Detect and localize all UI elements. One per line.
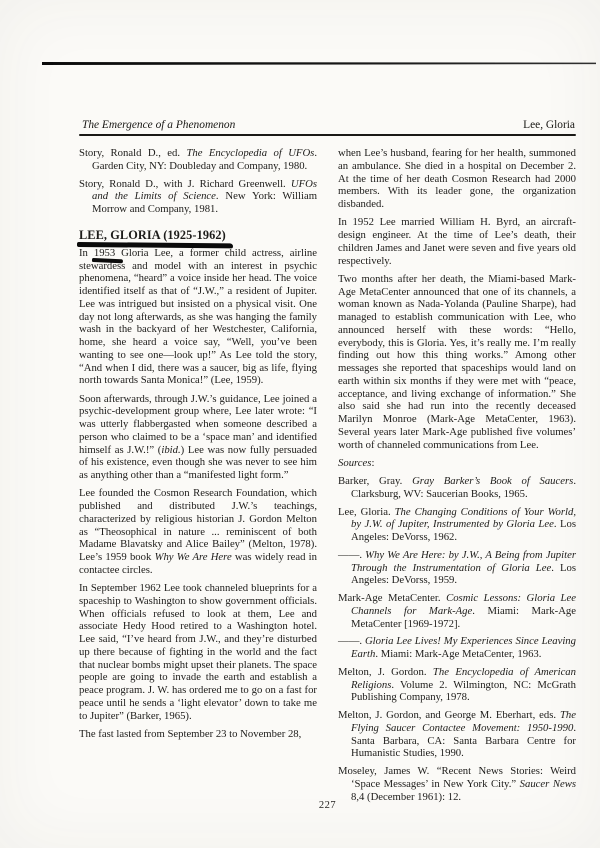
text-segment: Melton, J. Gordon. bbox=[338, 666, 433, 678]
source-entry: ——. Why We Are Here: by J.W., A Being fr… bbox=[338, 549, 576, 587]
running-header-rule bbox=[79, 134, 576, 136]
text-segment: Why We Are Here bbox=[155, 551, 232, 563]
text-segment: In September 1962 Lee took channeled blu… bbox=[79, 582, 317, 722]
body-paragraph: In 1952 Lee married William H. Byrd, an … bbox=[338, 216, 576, 267]
source-entry: Mark-Age MetaCenter. Cosmic Lessons: Glo… bbox=[338, 592, 576, 630]
body-paragraph: The fast lasted from September 23 to Nov… bbox=[79, 728, 317, 741]
page-top-scan-rule bbox=[42, 62, 596, 65]
bibliography-entry: Story, Ronald D., with J. Richard Greenw… bbox=[79, 178, 317, 216]
source-entry: Barker, Gray. Gray Barker’s Book of Sauc… bbox=[338, 475, 576, 501]
text-segment: Story, Ronald D., with J. Richard Greenw… bbox=[79, 178, 291, 190]
entry-heading-text: LEE, GLORIA (1925-1962) bbox=[79, 228, 226, 242]
text-segment: Mark-Age MetaCenter. bbox=[338, 592, 446, 604]
body-paragraph: In September 1962 Lee took channeled blu… bbox=[79, 582, 317, 722]
source-entry: Lee, Gloria. The Changing Conditions of … bbox=[338, 506, 576, 544]
left-column: Story, Ronald D., ed. The Encyclopedia o… bbox=[79, 147, 317, 808]
text-segment: Saucer News bbox=[520, 778, 576, 790]
running-header-section-title: The Emergence of a Phenomenon bbox=[82, 119, 235, 131]
text-segment: Gloria Lee, a former child actress, airl… bbox=[79, 247, 317, 387]
text-segment: Story, Ronald D., ed. bbox=[79, 147, 186, 159]
body-paragraph: Lee founded the Cosmon Research Foundati… bbox=[79, 487, 317, 576]
sources-list: Barker, Gray. Gray Barker’s Book of Sauc… bbox=[338, 475, 576, 803]
text-segment: The Encyclopedia of UFOs bbox=[186, 147, 314, 159]
source-entry: Melton, J. Gordon, and George M. Eberhar… bbox=[338, 709, 576, 760]
page-content: The Emergence of a Phenomenon Lee, Glori… bbox=[79, 119, 576, 808]
body-paragraph: Soon afterwards, through J.W.’s guidance… bbox=[79, 393, 317, 482]
right-column: when Lee’s husband, fearing for her heal… bbox=[338, 147, 576, 808]
page-number: 227 bbox=[79, 800, 576, 811]
text-segment: In 1952 Lee married William H. Byrd, an … bbox=[338, 216, 576, 266]
body-paragraph: when Lee’s husband, fearing for her heal… bbox=[338, 147, 576, 211]
text-segment: when Lee’s husband, fearing for her heal… bbox=[338, 147, 576, 210]
pen-underline-annotated-text: 1953 bbox=[94, 247, 115, 259]
text-segment: ——. bbox=[338, 635, 365, 647]
text-segment: . Miami: Mark-Age MetaCenter, 1963. bbox=[375, 648, 541, 660]
text-segment: Barker, Gray. bbox=[338, 475, 412, 487]
body-paragraph: Two months after her death, the Miami-ba… bbox=[338, 273, 576, 452]
text-segment: Melton, J. Gordon, and George M. Eberhar… bbox=[338, 709, 560, 721]
text-segment: Lee, Gloria. bbox=[338, 506, 395, 518]
bibliography-entry: Story, Ronald D., ed. The Encyclopedia o… bbox=[79, 147, 317, 173]
entry-heading: LEE, GLORIA (1925-1962) bbox=[79, 229, 226, 242]
text-segment: ——. bbox=[338, 549, 365, 561]
text-segment: In bbox=[79, 247, 94, 259]
source-entry: ——. Gloria Lee Lives! My Experiences Sin… bbox=[338, 635, 576, 661]
text-segment: ibid. bbox=[161, 444, 180, 456]
text-segment: Two months after her death, the Miami-ba… bbox=[338, 273, 576, 451]
text-segment: Sources bbox=[338, 457, 371, 469]
scanned-book-page: The Emergence of a Phenomenon Lee, Glori… bbox=[0, 0, 600, 848]
running-header-entry-title: Lee, Gloria bbox=[523, 119, 575, 131]
bibliography-list: Story, Ronald D., ed. The Encyclopedia o… bbox=[79, 147, 317, 216]
text-segment: : bbox=[371, 457, 374, 469]
text-segment: The fast lasted from September 23 to Nov… bbox=[79, 728, 301, 740]
entry-body: In 1953 Gloria Lee, a former child actre… bbox=[79, 247, 317, 741]
source-entry: Moseley, James W. “Recent News Stories: … bbox=[338, 765, 576, 803]
body-paragraph: In 1953 Gloria Lee, a former child actre… bbox=[79, 247, 317, 387]
text-segment: Gray Barker’s Book of Saucers bbox=[412, 475, 573, 487]
text-segment: Why We Are Here: by J.W., A Being from J… bbox=[351, 549, 576, 574]
entry-body-continued: when Lee’s husband, fearing for her heal… bbox=[338, 147, 576, 451]
source-entry: Melton, J. Gordon. The Encyclopedia of A… bbox=[338, 666, 576, 704]
running-header: The Emergence of a Phenomenon Lee, Glori… bbox=[79, 119, 576, 131]
sources-label: Sources: bbox=[338, 457, 576, 470]
two-column-text-block: Story, Ronald D., ed. The Encyclopedia o… bbox=[79, 147, 576, 808]
